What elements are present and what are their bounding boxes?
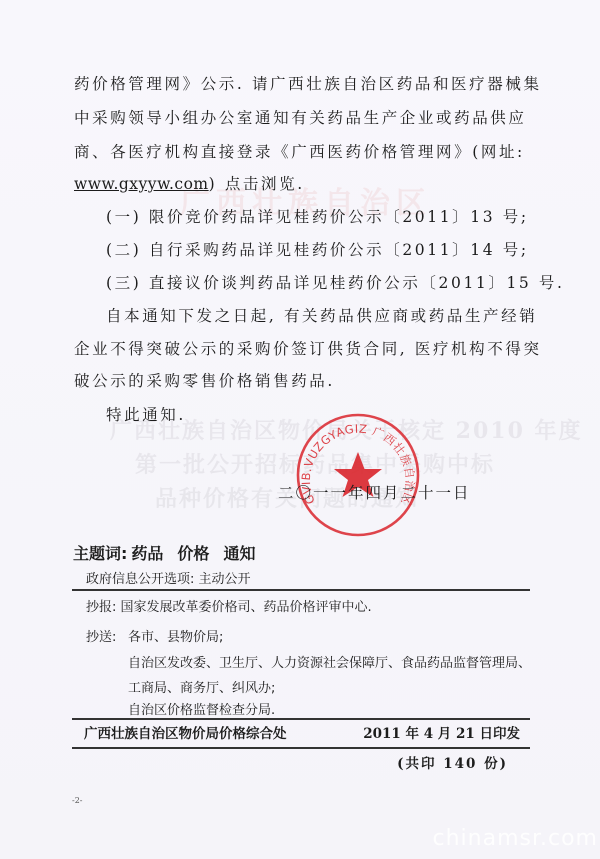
divider [72,718,530,720]
page-number: -2- [72,796,83,805]
body-line: 中采购领导小组办公室通知有关药品生产企业或药品供应 [74,106,527,128]
disclosure-option: 政府信息公开选项: 主动公开 [86,568,251,587]
body-line: 破公示的采购零售价格销售药品. [74,369,335,391]
body-line: 商、各医疗机构直接登录《广西医药价格管理网》(网址: [74,140,525,162]
body-line: 企业不得突破公示的采购价签订供货合同, 医疗机构不得突 [74,337,542,359]
issue-date: 2011 年 4 月 21 日印发 [363,722,520,742]
cc-label: 抄送: [86,626,116,645]
cc-line: 各市、县物价局; [128,626,223,645]
document-page: 广西壮族自治区 广西壮族自治区物价局关于核定 2010 年度 第一批公开招标药品… [0,0,600,859]
signature-date: 二〇一一年四月二十一日 [278,481,471,503]
keyword: 药品 [131,544,163,563]
keyword: 通知 [223,544,255,563]
issuer: 广西壮族自治区物价局价格综合处 [84,722,287,742]
divider [72,589,530,591]
url-line: www.gxyyw.com) 点击浏览. [74,172,305,194]
body-line: 药价格管理网》公示. 请广西壮族自治区药品和医疗器械集 [74,72,542,94]
body-line: 自本通知下发之日起, 有关药品供应商或药品生产经销 [106,304,537,326]
closing-text: 特此通知. [106,403,186,425]
cc-line: 自治区发改委、卫生厅、人力资源社会保障厅、食品药品监督管理局、 [128,652,531,671]
keyword: 价格 [177,544,209,563]
list-item: (二) 自行采购药品详见桂药价公示〔2011〕14 号; [106,238,529,260]
copies-printed: (共印 140 份) [397,752,508,772]
list-item: (一) 限价竞价药品详见桂药价公示〔2011〕13 号; [106,205,529,227]
cc-line: 工商局、商务厅、纠风办; [128,677,275,696]
site-watermark: chinamsr.com [433,826,598,851]
list-item: (三) 直接议价谈判药品详见桂药价公示〔2011〕15 号. [106,271,565,293]
keywords-label: 主题词: [73,544,127,563]
cc-line: 自治区价格监督检查分局. [128,699,275,718]
website-link[interactable]: www.gxyyw.com [74,175,209,193]
report-to: 抄报: 国家发展改革委价格司、药品价格评审中心. [86,596,372,615]
divider [72,747,530,749]
official-seal-icon: GVIB.VUZGYAGIZ 广西壮族自治区物价局 [293,410,423,540]
url-suffix: ) 点击浏览. [209,175,305,193]
subject-keywords: 主题词:药品价格通知 [73,541,269,564]
